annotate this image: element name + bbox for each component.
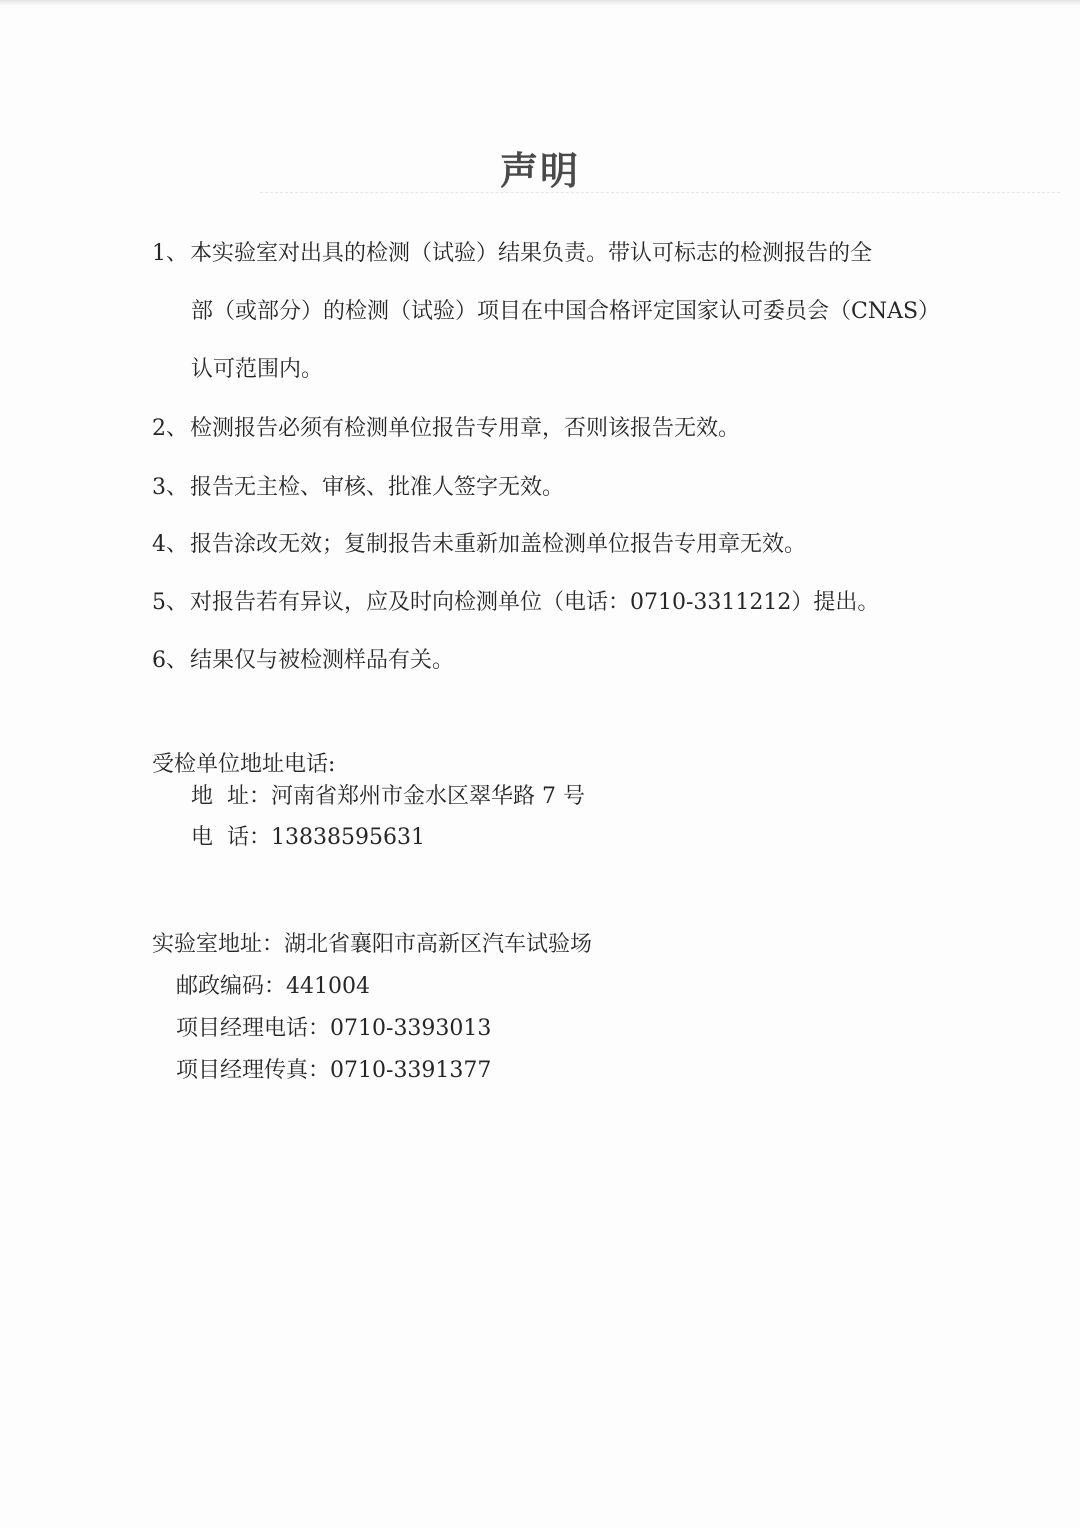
scan-edge xyxy=(0,0,1080,6)
client-phone: 电 话：13838595631 xyxy=(191,824,425,852)
statement-3: 3、报告无主检、审核、批准人签字无效。 xyxy=(152,474,564,502)
client-phone-label: 电 话： xyxy=(191,825,271,850)
client-phone-value: 13838595631 xyxy=(271,825,425,850)
statement-6: 6、结果仅与被检测样品有关。 xyxy=(152,647,454,675)
lab-address: 实验室地址：湖北省襄阳市高新区汽车试验场 xyxy=(152,931,592,959)
statement-2: 2、检测报告必须有检测单位报告专用章，否则该报告无效。 xyxy=(152,415,740,443)
statement-4: 4、报告涂改无效；复制报告未重新加盖检测单位报告专用章无效。 xyxy=(152,531,806,559)
lab-pm-phone-label: 项目经理电话： xyxy=(176,1016,330,1041)
statement-number: 4、 xyxy=(152,531,190,559)
page-title: 声明 xyxy=(0,140,1080,195)
client-address-label: 地 址： xyxy=(191,784,271,809)
statement-1-line-2: 部（或部分）的检测（试验）项目在中国合格评定国家认可委员会（CNAS） xyxy=(191,298,940,326)
lab-postcode-label: 邮政编码： xyxy=(176,974,286,999)
statement-text: 本实验室对出具的检测（试验）结果负责。带认可标志的检测报告的全 xyxy=(190,241,872,266)
statement-text: 检测报告必须有检测单位报告专用章，否则该报告无效。 xyxy=(190,416,740,441)
client-address-value: 河南省郑州市金水区翠华路 7 号 xyxy=(271,784,585,809)
statement-number: 5、 xyxy=(152,589,190,617)
statement-text: 对报告若有异议，应及时向检测单位（电话：0710-3311212）提出。 xyxy=(190,590,879,615)
statement-1-line-3: 认可范围内。 xyxy=(191,356,323,384)
lab-postcode-value: 441004 xyxy=(286,974,370,999)
lab-pm-fax-value: 0710-3391377 xyxy=(330,1058,491,1083)
statement-number: 1、 xyxy=(152,240,190,268)
lab-address-label: 实验室地址： xyxy=(152,932,284,957)
lab-address-value: 湖北省襄阳市高新区汽车试验场 xyxy=(284,932,592,957)
statement-text: 结果仅与被检测样品有关。 xyxy=(190,648,454,673)
lab-pm-fax-label: 项目经理传真： xyxy=(176,1058,330,1083)
lab-pm-fax: 项目经理传真：0710-3391377 xyxy=(176,1057,491,1085)
statement-text: 报告无主检、审核、批准人签字无效。 xyxy=(190,475,564,500)
statement-text: 报告涂改无效；复制报告未重新加盖检测单位报告专用章无效。 xyxy=(190,532,806,557)
statement-5: 5、对报告若有异议，应及时向检测单位（电话：0710-3311212）提出。 xyxy=(152,589,879,617)
statement-1: 1、本实验室对出具的检测（试验）结果负责。带认可标志的检测报告的全 xyxy=(152,240,872,268)
lab-postcode: 邮政编码：441004 xyxy=(176,973,370,1001)
client-address: 地 址：河南省郑州市金水区翠华路 7 号 xyxy=(191,783,585,811)
title-divider xyxy=(260,192,1060,193)
lab-pm-phone-value: 0710-3393013 xyxy=(330,1016,491,1041)
statement-number: 3、 xyxy=(152,474,190,502)
statement-number: 2、 xyxy=(152,415,190,443)
statement-number: 6、 xyxy=(152,647,190,675)
lab-pm-phone: 项目经理电话：0710-3393013 xyxy=(176,1015,491,1043)
client-heading: 受检单位地址电话: xyxy=(152,751,335,779)
document-page: 声明 1、本实验室对出具的检测（试验）结果负责。带认可标志的检测报告的全 部（或… xyxy=(0,0,1080,1528)
